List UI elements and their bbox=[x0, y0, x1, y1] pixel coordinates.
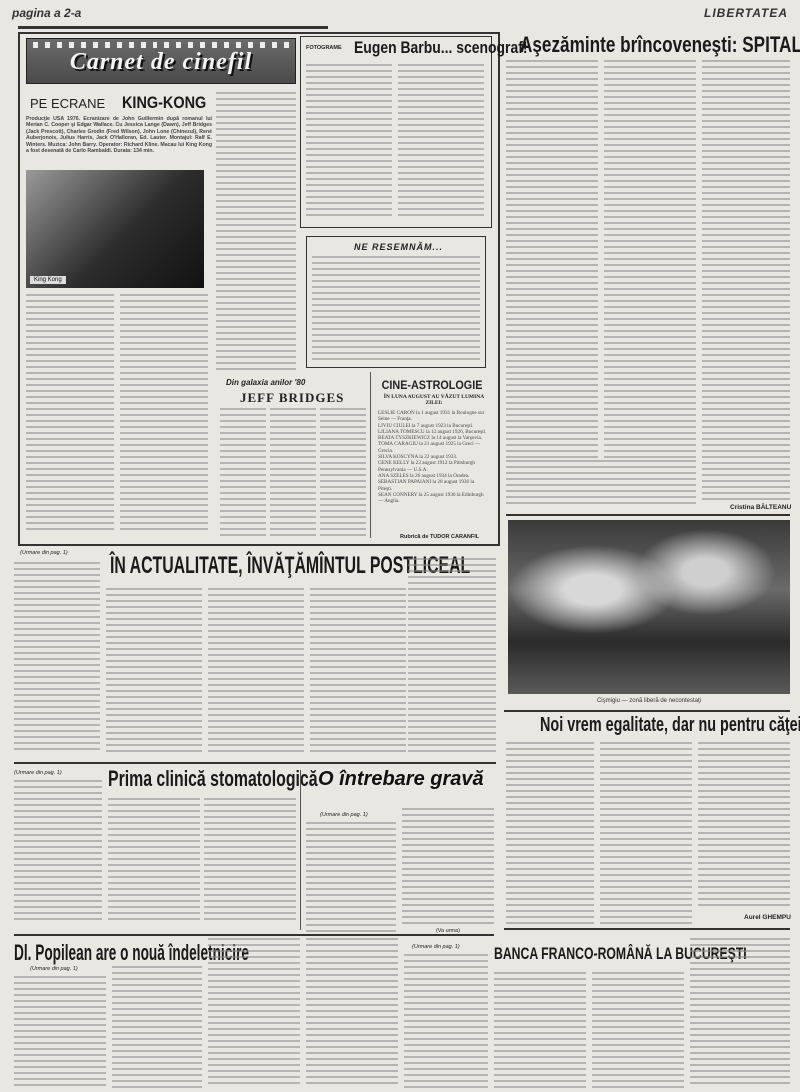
astrology-entry: SEBASTIAN PAPAIANI la 28 august 1936 la … bbox=[378, 479, 488, 492]
newspaper-name: LIBERTATEA bbox=[704, 6, 788, 20]
cine-astrologie-title: CINE-ASTROLOGIE bbox=[382, 378, 483, 392]
spitalul-byline: Cristina BĂLTEANU bbox=[730, 504, 791, 511]
clinica-continued: (Urmare din pag. 1) bbox=[14, 770, 62, 776]
clinica-title: Prima clinică stomatologică bbox=[108, 766, 318, 792]
popilean-column-3 bbox=[208, 938, 300, 1088]
jeff-bridges-title: JEFF BRIDGES bbox=[240, 390, 344, 406]
king-kong-credits: Producţie USA 1976. Ecranizare de John G… bbox=[26, 116, 212, 160]
egalitate-column-3 bbox=[698, 742, 790, 910]
king-kong-kicker: PE ECRANE bbox=[30, 96, 105, 111]
cine-astrologie-subtitle: ÎN LUNA AUGUST AU VĂZUT LUMINA ZILEI: bbox=[380, 394, 488, 406]
cine-astrologie-list: LESLIE CARON la 1 august 1931 la Boulogn… bbox=[378, 410, 488, 504]
popilean-column-1 bbox=[14, 976, 106, 1088]
jeff-bridges-column-3 bbox=[320, 408, 366, 536]
ne-resemnam-text bbox=[312, 256, 480, 362]
postliceal-column-5 bbox=[408, 558, 496, 754]
clinica-column-1 bbox=[14, 780, 102, 920]
spitalul-title: Aşezăminte brîncoveneşti: SPITALUL bbox=[520, 32, 800, 58]
king-kong-title: KING-KONG bbox=[122, 93, 206, 113]
egalitate-column-1 bbox=[506, 742, 594, 926]
banca-continued: (Urmare din pag. 1) bbox=[412, 944, 460, 950]
clinica-column-2 bbox=[108, 798, 200, 920]
intrebare-column-1 bbox=[306, 822, 396, 932]
fotograme-title: Eugen Barbu... scenograf! bbox=[354, 38, 528, 58]
astrology-entry: SEAN CONNERY la 25 august 1930 la Edinbu… bbox=[378, 492, 488, 505]
fotograme-column-1 bbox=[306, 64, 392, 220]
fotograme-kicker: FOTOGRAME bbox=[306, 45, 342, 51]
cinefil-banner: Carnet de cinefil bbox=[26, 38, 296, 84]
astrology-entry: LIVIU CIULEI la 7 august 1923 la Bucureş… bbox=[378, 423, 488, 429]
clinica-column-3 bbox=[204, 798, 296, 920]
intrebare-title: O întrebare gravă bbox=[318, 768, 484, 791]
spitalul-column-2 bbox=[604, 60, 696, 460]
postliceal-column-3 bbox=[208, 588, 304, 754]
egalitate-byline: Aurel GHEMPU bbox=[744, 914, 791, 921]
king-kong-column-2 bbox=[120, 294, 208, 534]
cismigiu-photo bbox=[508, 520, 790, 694]
banca-column-3 bbox=[592, 972, 684, 1088]
jeff-bridges-column-2 bbox=[270, 408, 316, 536]
fotograme-column-2 bbox=[398, 64, 484, 220]
king-kong-column-3 bbox=[216, 92, 296, 372]
top-rule bbox=[18, 26, 328, 29]
intrebare-continued: (Urmare din pag. 1) bbox=[320, 812, 368, 818]
king-kong-column-1 bbox=[26, 294, 114, 534]
popilean-column-4 bbox=[306, 938, 398, 1088]
ne-resemnam-title: NE RESEMNĂM... bbox=[354, 242, 443, 252]
postliceal-column-4 bbox=[310, 588, 406, 754]
king-kong-photo-caption: King Kong bbox=[30, 276, 66, 284]
cine-astrologie-byline: Rubrică de TUDOR CARANFIL bbox=[400, 534, 479, 540]
astrology-entry: GENE KELLY la 23 august 1912 la Pittsbur… bbox=[378, 460, 488, 473]
king-kong-photo: King Kong bbox=[26, 170, 204, 288]
postliceal-continued: (Urmare din pag. 1) bbox=[20, 550, 68, 556]
popilean-column-2 bbox=[112, 966, 202, 1088]
astrology-entry: LESLIE CARON la 1 august 1931 la Boulogn… bbox=[378, 410, 488, 423]
banca-column-4 bbox=[690, 938, 790, 1088]
popilean-continued: (Urmare din pag. 1) bbox=[30, 966, 78, 972]
cinefil-banner-title: Carnet de cinefil bbox=[27, 49, 295, 76]
spitalul-column-1 bbox=[506, 60, 598, 460]
banca-column-2 bbox=[494, 972, 586, 1088]
page-number: pagina a 2-a bbox=[12, 6, 81, 20]
postliceal-column-1 bbox=[14, 562, 100, 754]
egalitate-title: Noi vrem egalitate, dar nu pentru căţei! bbox=[540, 714, 800, 737]
egalitate-column-2 bbox=[600, 742, 692, 926]
jeff-bridges-kicker: Din galaxia anilor '80 bbox=[226, 378, 305, 387]
postliceal-column-2 bbox=[106, 588, 202, 754]
intrebare-column-2 bbox=[402, 808, 494, 924]
jeff-bridges-column-1 bbox=[220, 408, 266, 536]
astrology-entry: TOMA CARAGIU la 21 august 1925 la Greci … bbox=[378, 441, 488, 454]
spitalul-column-3 bbox=[702, 60, 790, 500]
banca-column-1 bbox=[404, 954, 488, 1088]
cismigiu-photo-caption: Cişmigiu — zonă liberă de necontestaţi bbox=[508, 698, 790, 704]
